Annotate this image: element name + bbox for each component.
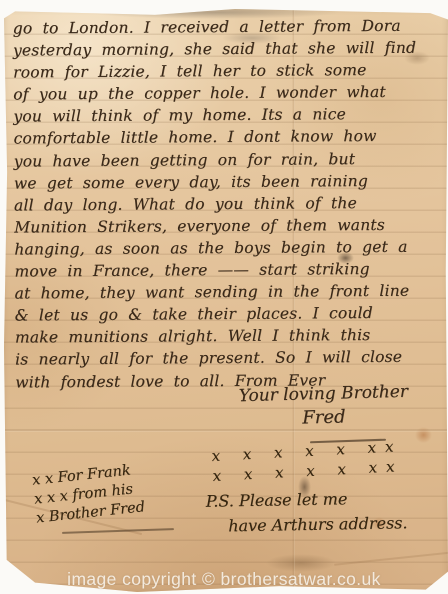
letter-line: is nearly all for the present. So I will… [15, 346, 443, 371]
paper-stain [415, 427, 432, 443]
letter-line: we get some every day, its been raining [14, 169, 442, 194]
letter-line: all day long. What do you think of the [14, 191, 442, 216]
scanned-letter-page: go to London. I received a letter from D… [0, 0, 448, 594]
letter-line: of you up the copper hole. I wonder what [13, 81, 441, 106]
letter-text: go to London. I received a letter from D… [13, 15, 444, 394]
signature-name: Fred [239, 404, 409, 432]
postscript-block: P.S. Please let me have Arthurs address. [206, 485, 408, 539]
letter-line: hanging, as soon as the boys begin to ge… [14, 235, 442, 260]
letter-line: go to London. I received a letter from D… [13, 15, 441, 40]
postscript-line: P.S. Please let me [206, 485, 408, 514]
letter-line: comfortable little home. I dont know how [13, 125, 441, 150]
letter-line: yesterday morning, she said that she wil… [13, 37, 441, 62]
dedication-block: x x For Frank x x x from his x Brother F… [31, 460, 146, 528]
letter-line: room for Lizzie, I tell her to stick som… [13, 59, 441, 84]
letter-line: make munitions alright. Well I think thi… [15, 324, 443, 349]
signoff-line: Your loving Brother [238, 380, 408, 408]
letter-line: & let us go & take their places. I could [15, 302, 443, 327]
letter-line: Munition Strikers, everyone of them want… [14, 213, 442, 238]
letter-line: move in France, there —— start striking [14, 258, 442, 283]
signature-block: Your loving Brother Fred [238, 380, 408, 432]
letter-line: you will think of my home. Its a nice [13, 103, 441, 128]
paper-crease [334, 550, 448, 566]
paper-crease [4, 429, 448, 432]
letter-line: you have been getting on for rain, but [14, 147, 442, 172]
watermark-text: image copyright © brothersatwar.co.uk [0, 569, 448, 590]
postscript-line: have Arthurs address. [206, 510, 408, 539]
letter-line: at home, they want sending in the front … [15, 280, 443, 305]
